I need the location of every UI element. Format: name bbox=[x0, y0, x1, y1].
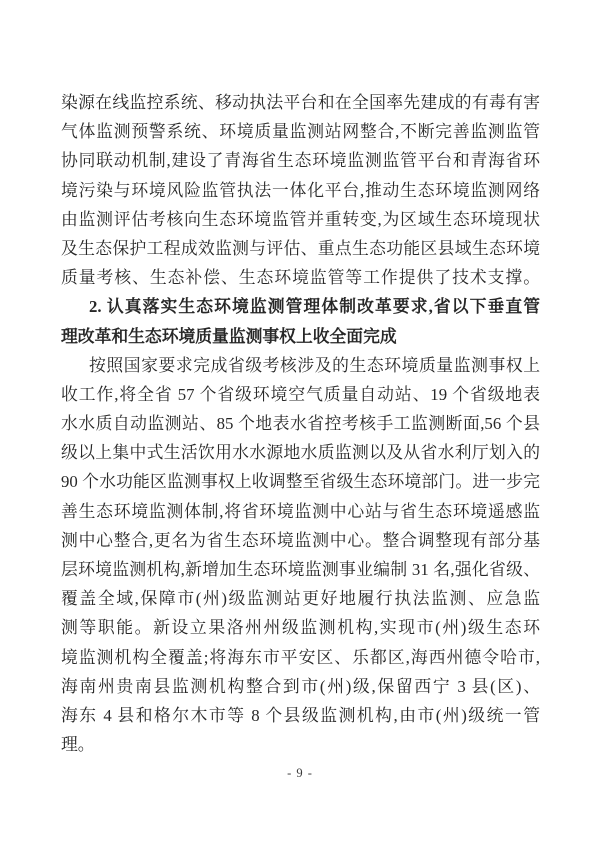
body-line: 覆盖全域,保障市(州)级监测站更好地履行执法监测、应急监 bbox=[61, 584, 540, 613]
body-line: 善生态环境监测体制,将省环境监测中心站与省生态环境遥感监 bbox=[61, 497, 540, 526]
body-text: 染源在线监控系统、移动执法平台和在全国率先建成的有毒有害 气体监测预警系统、环境… bbox=[61, 88, 540, 759]
body-line: 染源在线监控系统、移动执法平台和在全国率先建成的有毒有害 bbox=[61, 88, 540, 117]
body-line: 质量考核、生态补偿、生态环境监管等工作提供了技术支撑。 bbox=[61, 263, 540, 292]
body-line: 海南州贵南县监测机构整合到市(州)级,保留西宁 3 县(区)、 bbox=[61, 672, 540, 701]
document-page: 染源在线监控系统、移动执法平台和在全国率先建成的有毒有害 气体监测预警系统、环境… bbox=[0, 0, 600, 848]
body-line: 水水质自动监测站、85 个地表水省控考核手工监测断面,56 个县 bbox=[61, 409, 540, 438]
section-heading-line: 2. 认真落实生态环境监测管理体制改革要求,省以下垂直管 bbox=[61, 292, 540, 321]
body-line: 协同联动机制,建设了青海省生态环境监测监管平台和青海省环 bbox=[61, 146, 540, 175]
body-line: 测中心整合,更名为省生态环境监测中心。整合调整现有部分基 bbox=[61, 526, 540, 555]
body-line: 气体监测预警系统、环境质量监测站网整合,不断完善监测监管 bbox=[61, 117, 540, 146]
page-number: - 9 - bbox=[0, 766, 600, 781]
body-line: 90 个水功能区监测事权上收调整至省级生态环境部门。进一步完 bbox=[61, 467, 540, 496]
body-line: 层环境监测机构,新增加生态环境监测事业编制 31 名,强化省级、 bbox=[61, 555, 540, 584]
body-line: 测等职能。新设立果洛州州级监测机构,实现市(州)级生态环 bbox=[61, 613, 540, 642]
section-heading-line: 理改革和生态环境质量监测事权上收全面完成 bbox=[61, 322, 540, 351]
body-line: 级以上集中式生活饮用水水源地水质监测以及从省水利厅划入的 bbox=[61, 438, 540, 467]
body-line: 按照国家要求完成省级考核涉及的生态环境质量监测事权上 bbox=[61, 351, 540, 380]
body-line: 收工作,将全省 57 个省级环境空气质量自动站、19 个省级地表 bbox=[61, 380, 540, 409]
body-line: 海东 4 县和格尔木市等 8 个县级监测机构,由市(州)级统一管 bbox=[61, 701, 540, 730]
body-line: 理。 bbox=[61, 730, 540, 759]
body-line: 及生态保护工程成效监测与评估、重点生态功能区县域生态环境 bbox=[61, 234, 540, 263]
body-line: 由监测评估考核向生态环境监管并重转变,为区域生态环境现状 bbox=[61, 205, 540, 234]
body-line: 境监测机构全覆盖;将海东市平安区、乐都区,海西州德令哈市, bbox=[61, 643, 540, 672]
body-line: 境污染与环境风险监管执法一体化平台,推动生态环境监测网络 bbox=[61, 176, 540, 205]
